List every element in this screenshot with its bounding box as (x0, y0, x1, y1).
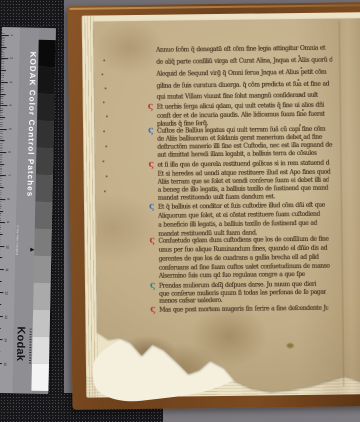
wedge-arrow-marker-icon (30, 248, 34, 252)
ruler-cm-tick (0, 152, 6, 153)
gray-patch (33, 283, 51, 310)
ruler-cm-tick (0, 292, 3, 293)
manuscript-line: gilina de ſuis curatura diuerga. q̃ cõm … (156, 81, 330, 91)
ruler-cm-tick (0, 339, 2, 340)
ruler-half-cm-tick (0, 281, 1, 282)
ruler-half-cm-tick (0, 117, 5, 118)
gray-patch (34, 229, 52, 256)
bound-manuscript-book: Annuo ſcõm q̃ denegatũ eſt cõm fine legi… (68, 2, 360, 410)
gray-patch (38, 67, 56, 94)
ruler-cm-tick (0, 269, 4, 270)
gray-patch (37, 94, 55, 121)
ruler-half-cm-tick (0, 234, 2, 235)
manuscript-line: Alsermino ſuis cum qd ſuo regulaua congr… (159, 271, 326, 281)
ruler-half-cm-tick (0, 187, 3, 188)
kodak-logo: Kodak (14, 326, 27, 361)
ruler-cm-tick (0, 199, 5, 200)
ruler-number: 3 (9, 81, 13, 83)
paragraph-mark-blue: ς (149, 202, 157, 212)
kodak-color-control-bar: 123456789101112131415 KODAK Color Contro… (0, 27, 56, 394)
ruler-cm-tick (2, 35, 9, 36)
manuscript-text-block: Annuo ſcõm q̃ denegatũ eſt cõm fine legi… (156, 39, 335, 321)
ruler-number: 12 (4, 292, 8, 296)
manuscript-line: de aliq̃ parte conſiliũ virga eſt Curat … (156, 57, 332, 67)
ruler-number: 4 (8, 104, 12, 106)
ruler-half-cm-tick (0, 210, 3, 211)
manuscript-line: qui mutat Villam viuunt fine ſolut mangn… (157, 92, 319, 102)
ruler-number: 13 (4, 315, 8, 319)
photographed-scene: 123456789101112131415 KODAK Color Contro… (0, 0, 360, 422)
ruler-half-cm-tick (0, 164, 4, 165)
manuscript-line: conſt der et de incuria gaudis. Alie lid… (157, 111, 326, 121)
manuscript-line: Alequid de Seqund virg̃ q̃ Omni ſerua Jn… (156, 69, 329, 79)
ruler-number: 11 (5, 268, 9, 272)
ruler-half-cm-tick (1, 70, 6, 71)
ruler-cm-tick (1, 82, 8, 83)
ruler-half-cm-tick (2, 47, 7, 48)
gray-patch (33, 310, 51, 337)
ruler-centimeter-ticks: 123456789101112131415 (2, 27, 56, 28)
manuscript-line: aut dimittat heredi illam legabit, a bal… (157, 150, 326, 160)
ruler-cm-tick (0, 363, 2, 364)
paragraph-mark-blue: ς (148, 126, 156, 136)
color-bar-copyright-microtext: © The Tiffen Company (15, 225, 19, 255)
gray-patch (32, 337, 50, 364)
ruler-number: 14 (3, 338, 7, 342)
manuscript-line: a beneficio illi legatis, a balliuis tax… (158, 220, 331, 230)
gray-patch (34, 256, 52, 283)
ruler-number: 6 (7, 151, 11, 153)
paragraph-mark-red: ς (148, 160, 156, 170)
gray-patch (31, 364, 49, 391)
ruler-half-cm-tick (0, 304, 1, 305)
ruler-number: 10 (5, 245, 9, 249)
ruler-number: 9 (6, 221, 10, 223)
ruler-number: 2 (9, 58, 13, 60)
paragraph-mark-red: ς (150, 305, 158, 315)
ruler-number: 8 (6, 198, 10, 200)
gray-patch (38, 40, 56, 67)
ruler-number: 5 (8, 128, 12, 130)
ruler-cm-tick (0, 316, 3, 317)
leather-edge-highlight (70, 4, 360, 9)
ruler-cm-tick (1, 58, 8, 59)
manuscript-line: Mas que post mortem mugeris ſin ſerire a… (159, 305, 328, 315)
gray-patch (36, 148, 54, 175)
paragraph-mark-red: ς (149, 236, 157, 246)
paragraph-mark-red: ς (148, 102, 156, 112)
ruler-cm-tick (0, 129, 7, 130)
ruler-cm-tick (0, 105, 7, 106)
ruler-cm-tick (0, 222, 5, 223)
ruler-number: 7 (7, 175, 11, 177)
ruler-half-cm-tick (0, 257, 2, 258)
ruler-cm-tick (0, 246, 4, 247)
manuscript-line: Annuo ſcõm q̃ denegatũ eſt cõm fine legi… (156, 45, 327, 55)
manuscript-line: menos caſsar ualedero. (159, 297, 233, 306)
paragraph-mark-teal: ς (150, 281, 158, 291)
gray-patch (35, 202, 53, 229)
ruler-cm-tick (0, 175, 6, 176)
gray-patch (36, 121, 54, 148)
ruler-half-cm-tick (1, 93, 6, 94)
ruler-half-cm-tick (0, 140, 4, 141)
ruler-number: 1 (10, 34, 14, 36)
ruler-number: 15 (3, 362, 7, 366)
gray-patch (35, 175, 53, 202)
